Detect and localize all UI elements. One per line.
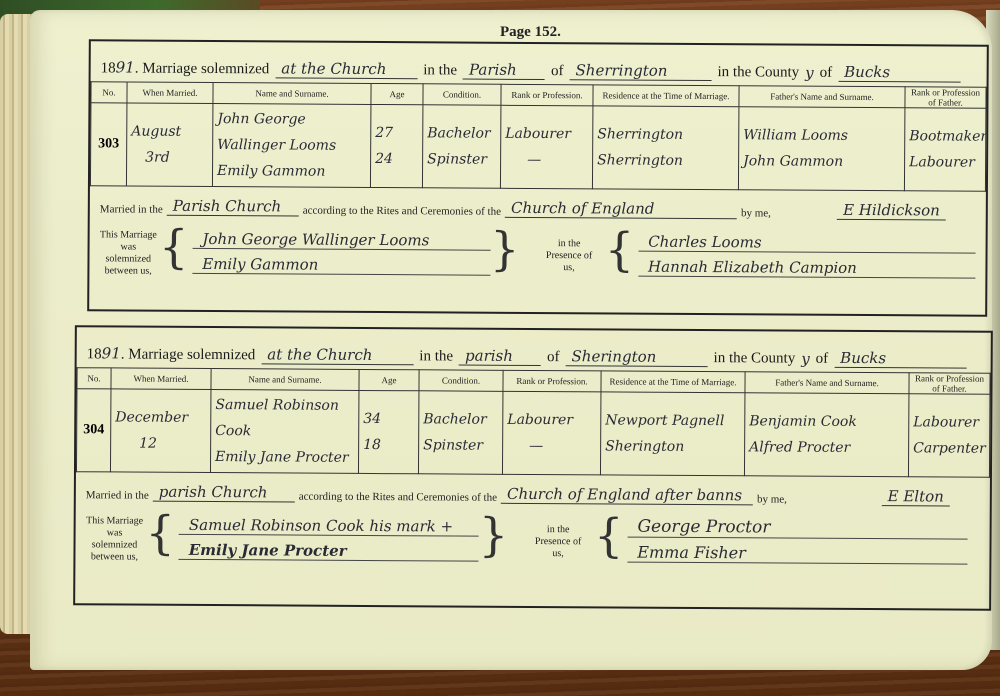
signatures-block: This Marriage was solemnized between us,… — [97, 223, 975, 308]
groom-condition: Bachelor — [423, 406, 498, 432]
witness-signatures: George Proctor Emma Fisher — [627, 513, 967, 565]
groom-father-rank: Labourer — [913, 409, 985, 435]
bride-name: Emily Jane Procter — [215, 444, 354, 471]
according-to-label: according to the Rites and Ceremonies of… — [303, 205, 501, 218]
groom-rank: Labourer — [505, 121, 588, 148]
groom-father-name: William Looms — [743, 122, 900, 149]
married-in-line: Married in the Parish Church according t… — [100, 191, 976, 220]
district-field: Sherrington — [569, 61, 711, 81]
header-father-name: Father's Name and Surname. — [745, 372, 909, 394]
witness-brace: { — [594, 512, 624, 558]
entry-number: 304 — [76, 389, 111, 472]
district-type-field: parish — [459, 347, 541, 367]
header-residence: Residence at the Time of Marriage. — [593, 85, 739, 107]
marriage-solemnized-label: . Marriage solemnized — [135, 61, 270, 78]
rites-field: Church of England after banns — [501, 485, 753, 506]
groom-age: 27 — [375, 120, 418, 146]
condition-cell: Bachelor Spinster — [418, 391, 503, 475]
bride-residence: Sherrington — [597, 147, 734, 174]
names-cell: John George Wallinger Looms Emily Gammon — [212, 104, 371, 188]
bride-father-rank: Carpenter — [913, 435, 985, 461]
father-rank-cell: Labourer Carpenter — [908, 394, 990, 477]
header-age: Age — [371, 83, 423, 104]
marriage-month: December — [115, 404, 206, 431]
in-presence-label: in the Presence of us, — [528, 524, 588, 560]
names-cell: Samuel Robinson Cook Emily Jane Procter — [210, 390, 359, 474]
header-no: No. — [91, 82, 127, 103]
table-row: 304 December 12 Samuel Robinson Cook Emi… — [76, 389, 989, 478]
witness-brace: { — [605, 226, 635, 272]
header-father-rank: Rank or Profession of Father. — [909, 373, 990, 394]
married-in-field: parish Church — [153, 483, 295, 503]
header-no: No. — [77, 368, 111, 389]
of-label: of — [547, 349, 560, 366]
of-label: of — [551, 63, 564, 80]
county-label: in the County — [713, 350, 795, 367]
in-the-label: in the — [423, 62, 457, 79]
of-county-label: of — [820, 65, 833, 82]
header-father-name: Father's Name and Surname. — [739, 86, 905, 108]
when-married-cell: December 12 — [110, 389, 211, 473]
witness-1-signature: Charles Looms — [638, 227, 976, 254]
marriage-solemnized-label: . Marriage solemnized — [121, 346, 256, 363]
table-row: 303 August 3rd John George Wallinger Loo… — [90, 103, 985, 191]
bride-age: 24 — [375, 146, 418, 172]
bride-name: Emily Gammon — [217, 158, 366, 185]
groom-signature: John George Wallinger Looms — [192, 224, 490, 251]
this-marriage-label: This Marriage was solemnized between us, — [83, 515, 145, 563]
bride-condition: Spinster — [427, 146, 496, 172]
header-when-married: When Married. — [127, 82, 213, 104]
when-married-cell: August 3rd — [126, 103, 213, 187]
header-age: Age — [359, 369, 419, 390]
witness-2-signature: Hannah Elizabeth Campion — [638, 252, 976, 279]
marriage-day: 3rd — [131, 145, 208, 171]
residence-cell: Newport Pagnell Sherington — [600, 392, 745, 476]
marriage-entry-304: 1891. Marriage solemnized at the Church … — [73, 325, 993, 611]
entry-title: 1891. Marriage solemnized at the Church … — [101, 49, 977, 82]
county-label: in the County — [717, 64, 799, 81]
place-field: at the Church — [275, 59, 417, 79]
year-prefix: 18 — [101, 60, 116, 76]
groom-father-rank: Bootmaker — [909, 123, 981, 149]
in-presence-label: in the Presence of us, — [539, 238, 599, 274]
bride-signature: Emily Jane Procter — [179, 535, 479, 562]
year-prefix: 18 — [87, 346, 102, 362]
marriage-entry-303: 1891. Marriage solemnized at the Church … — [87, 39, 989, 316]
header-condition: Condition. — [419, 370, 503, 392]
county-field: Bucks — [838, 63, 960, 83]
minister-signature: E Elton — [882, 487, 950, 506]
entry-number: 303 — [90, 103, 127, 186]
according-to-label: according to the Rites and Ceremonies of… — [299, 491, 497, 504]
entry-table: No. When Married. Name and Surname. Age … — [76, 367, 991, 478]
header-rank: Rank or Profession. — [503, 370, 601, 392]
groom-rank: Labourer — [507, 407, 596, 434]
county-suffix: y — [805, 64, 814, 82]
county-field: Bucks — [834, 349, 966, 369]
bride-father-name: John Gammon — [743, 148, 900, 175]
header-rank: Rank or Profession. — [501, 84, 593, 106]
bride-rank: — — [507, 433, 596, 460]
place-field: at the Church — [261, 345, 413, 365]
groom-age: 34 — [363, 406, 414, 432]
married-in-label: Married in the — [100, 203, 163, 215]
district-field: Sherington — [565, 347, 707, 367]
header-condition: Condition. — [423, 84, 501, 105]
left-brace: { — [159, 224, 189, 270]
father-name-cell: Benjamin Cook Alfred Procter — [744, 393, 909, 477]
ages-cell: 34 18 — [358, 390, 419, 473]
by-me-label: by me, — [757, 493, 787, 505]
groom-father-name: Benjamin Cook — [749, 408, 904, 435]
bride-signature: Emily Gammon — [192, 249, 490, 276]
condition-cell: Bachelor Spinster — [422, 105, 501, 188]
bride-residence: Sherington — [605, 433, 740, 460]
of-county-label: of — [816, 351, 829, 368]
year-suffix: 91 — [102, 344, 121, 362]
rank-cell: Labourer — — [500, 105, 593, 189]
signatures-block: This Marriage was solemnized between us,… — [83, 509, 979, 594]
right-brace: } — [479, 512, 509, 558]
marriage-month: August — [131, 119, 208, 145]
bride-age: 18 — [363, 432, 414, 458]
bride-father-name: Alfred Procter — [749, 434, 904, 461]
county-suffix: y — [801, 350, 810, 368]
header-name: Name and Surname. — [213, 83, 371, 105]
in-the-label: in the — [419, 348, 453, 365]
bride-father-rank: Labourer — [909, 149, 981, 175]
witness-signatures: Charles Looms Hannah Elizabeth Campion — [638, 227, 976, 279]
left-brace: { — [145, 510, 175, 556]
witness-2-signature: Emma Fisher — [627, 538, 967, 565]
couple-signatures: John George Wallinger Looms Emily Gammon — [192, 224, 490, 276]
residence-cell: Sherrington Sherrington — [592, 106, 739, 190]
header-name: Name and Surname. — [211, 369, 359, 391]
married-in-field: Parish Church — [167, 197, 299, 217]
married-in-label: Married in the — [86, 489, 149, 501]
minister-signature: E Hildickson — [837, 201, 946, 221]
by-me-label: by me, — [741, 207, 771, 219]
witness-1-signature: George Proctor — [627, 513, 967, 540]
entry-title: 1891. Marriage solemnized at the Church … — [87, 335, 981, 368]
this-marriage-label: This Marriage was solemnized between us, — [97, 229, 159, 277]
rites-field: Church of England — [505, 199, 737, 219]
ages-cell: 27 24 — [370, 104, 423, 187]
father-rank-cell: Bootmaker Labourer — [904, 108, 986, 191]
groom-name: John George Wallinger Looms — [217, 106, 366, 159]
year-suffix: 91 — [116, 58, 135, 76]
married-in-line: Married in the parish Church according t… — [86, 477, 980, 506]
district-type-field: Parish — [463, 61, 545, 81]
groom-name: Samuel Robinson Cook — [215, 392, 354, 445]
groom-signature: Samuel Robinson Cook his mark + — [179, 510, 479, 537]
right-brace: } — [490, 226, 520, 272]
entry-table: No. When Married. Name and Surname. Age … — [90, 81, 987, 191]
father-name-cell: William Looms John Gammon — [738, 107, 905, 191]
couple-signatures: Samuel Robinson Cook his mark + Emily Ja… — [179, 510, 479, 562]
groom-residence: Newport Pagnell — [605, 407, 740, 434]
header-residence: Residence at the Time of Marriage. — [601, 371, 745, 393]
page-number: Page 152. — [500, 24, 561, 41]
rank-cell: Labourer — — [502, 391, 601, 475]
bride-condition: Spinster — [423, 432, 498, 458]
header-when-married: When Married. — [111, 368, 211, 390]
header-father-rank: Rank or Profession of Father. — [905, 87, 986, 108]
groom-condition: Bachelor — [427, 120, 496, 146]
groom-residence: Sherrington — [597, 121, 734, 148]
marriage-day: 12 — [115, 430, 206, 457]
bride-rank: — — [505, 147, 588, 174]
